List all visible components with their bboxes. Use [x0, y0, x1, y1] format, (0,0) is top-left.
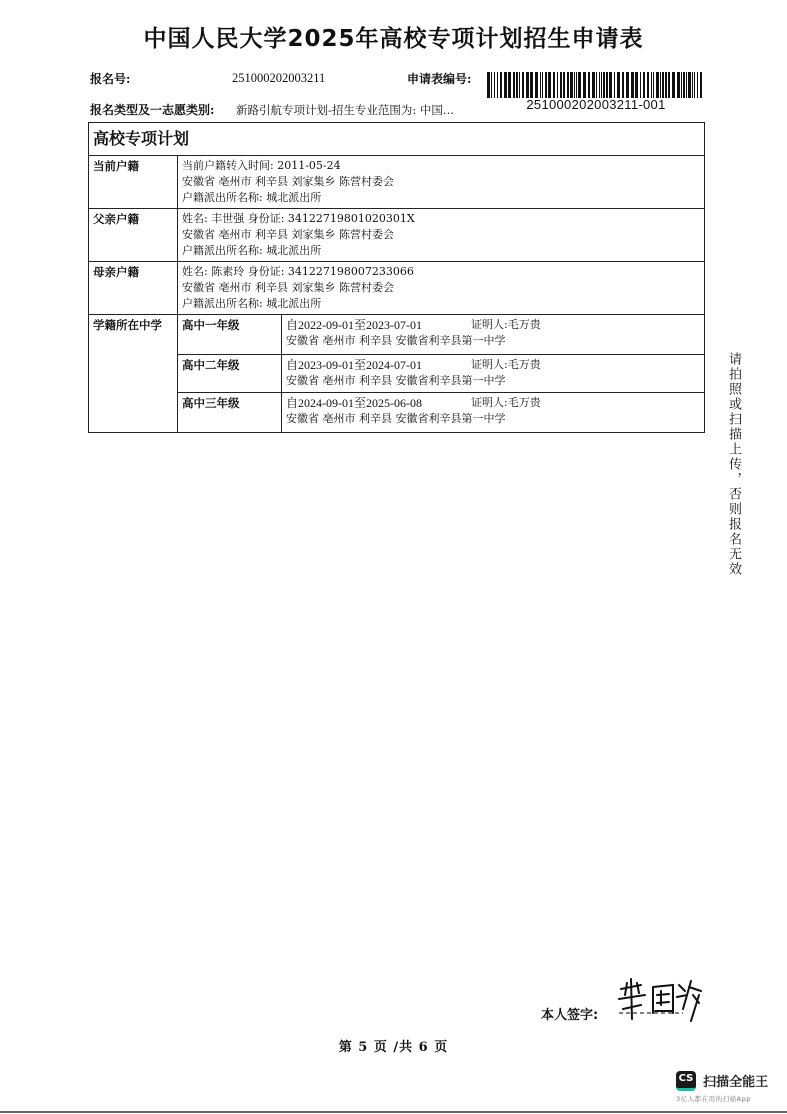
grade-label: 高中一年级: [178, 315, 282, 355]
page-number: 第 5 页 /共 6 页: [0, 1036, 787, 1055]
school-name: 安徽省 亳州市 利辛县 安徽省利辛县第一中学: [286, 333, 700, 349]
table-row: 学籍所在中学 高中一年级 自2022-09-01至2023-07-01证明人:毛…: [89, 315, 705, 355]
grade-content: 自2023-09-01至2024-07-01证明人:毛万贵 安徽省 亳州市 利辛…: [282, 355, 705, 393]
table-row: 高中二年级 自2023-09-01至2024-07-01证明人:毛万贵 安徽省 …: [89, 355, 705, 393]
witness: 证明人:毛万贵: [471, 395, 541, 411]
info-line: 户籍派出所名称: 城北派出所: [182, 296, 700, 312]
section-header-row: 高校专项计划: [89, 123, 705, 156]
info-line: 户籍派出所名称: 城北派出所: [182, 190, 700, 206]
table-row: 高中三年级 自2024-09-01至2025-06-08证明人:毛万贵 安徽省 …: [89, 393, 705, 433]
watermark-tagline: 3亿人都在用的扫描App: [676, 1094, 786, 1103]
category-label: 报名类型及一志愿类别:: [90, 101, 214, 118]
school-name: 安徽省 亳州市 利辛县 安徽省利辛县第一中学: [286, 411, 700, 427]
registration-number: 251000202003211: [232, 71, 325, 86]
upload-notice: 请拍照或扫描上传，否则报名无效: [727, 352, 743, 577]
scanner-watermark: CS 扫描全能王 3亿人都在用的扫描App: [676, 1070, 786, 1103]
info-line: 安徽省 亳州市 利辛县 刘家集乡 陈营村委会: [182, 227, 700, 243]
document-title: 中国人民大学2025年高校专项计划招生申请表: [0, 20, 787, 53]
study-period: 自2022-09-01至2023-07-01: [286, 317, 471, 333]
row-label-current-household: 当前户籍: [89, 156, 178, 209]
application-number-label: 申请表编号:: [407, 70, 471, 87]
watermark-app-name: 扫描全能王: [703, 1075, 768, 1090]
witness: 证明人:毛万贵: [471, 357, 541, 373]
row-label-father-household: 父亲户籍: [89, 209, 178, 262]
info-line: 安徽省 亳州市 利辛县 刘家集乡 陈营村委会: [182, 280, 700, 296]
info-line: 姓名: 陈素玲 身份证: 341227198007233066: [182, 264, 700, 280]
table-row: 母亲户籍 姓名: 陈素玲 身份证: 341227198007233066 安徽省…: [89, 262, 705, 315]
category-value: 新路引航专项计划-招生专业范围为: 中国...: [236, 102, 454, 118]
registration-number-label: 报名号:: [90, 70, 130, 87]
school-name: 安徽省 亳州市 利辛县 安徽省利辛县第一中学: [286, 373, 700, 389]
grade-label: 高中三年级: [178, 393, 282, 433]
signature-label: 本人签字:: [541, 1004, 598, 1023]
bottom-border: [0, 1111, 787, 1113]
section-title: 高校专项计划: [89, 123, 705, 156]
row-label-school: 学籍所在中学: [89, 315, 178, 433]
handwritten-signature: [615, 975, 705, 1025]
row-content-current-household: 当前户籍转入时间: 2011-05-24 安徽省 亳州市 利辛县 刘家集乡 陈营…: [178, 156, 705, 209]
grade-content: 自2024-09-01至2025-06-08证明人:毛万贵 安徽省 亳州市 利辛…: [282, 393, 705, 433]
info-line: 姓名: 丰世强 身份证: 34122719801020301X: [182, 211, 700, 227]
row-content-father-household: 姓名: 丰世强 身份证: 34122719801020301X 安徽省 亳州市 …: [178, 209, 705, 262]
table-row: 当前户籍 当前户籍转入时间: 2011-05-24 安徽省 亳州市 利辛县 刘家…: [89, 156, 705, 209]
study-period: 自2024-09-01至2025-06-08: [286, 395, 471, 411]
grade-content: 自2022-09-01至2023-07-01证明人:毛万贵 安徽省 亳州市 利辛…: [282, 315, 705, 355]
barcode: [487, 72, 705, 98]
info-line: 安徽省 亳州市 利辛县 刘家集乡 陈营村委会: [182, 174, 700, 190]
grade-label: 高中二年级: [178, 355, 282, 393]
study-period: 自2023-09-01至2024-07-01: [286, 357, 471, 373]
table-row: 父亲户籍 姓名: 丰世强 身份证: 34122719801020301X 安徽省…: [89, 209, 705, 262]
info-line: 当前户籍转入时间: 2011-05-24: [182, 158, 700, 174]
application-number: 251000202003211-001: [487, 97, 705, 112]
camscanner-logo-icon: CS: [676, 1071, 696, 1091]
row-content-mother-household: 姓名: 陈素玲 身份证: 341227198007233066 安徽省 亳州市 …: [178, 262, 705, 315]
application-form-table: 高校专项计划 当前户籍 当前户籍转入时间: 2011-05-24 安徽省 亳州市…: [88, 122, 705, 433]
row-label-mother-household: 母亲户籍: [89, 262, 178, 315]
info-line: 户籍派出所名称: 城北派出所: [182, 243, 700, 259]
witness: 证明人:毛万贵: [471, 317, 541, 333]
